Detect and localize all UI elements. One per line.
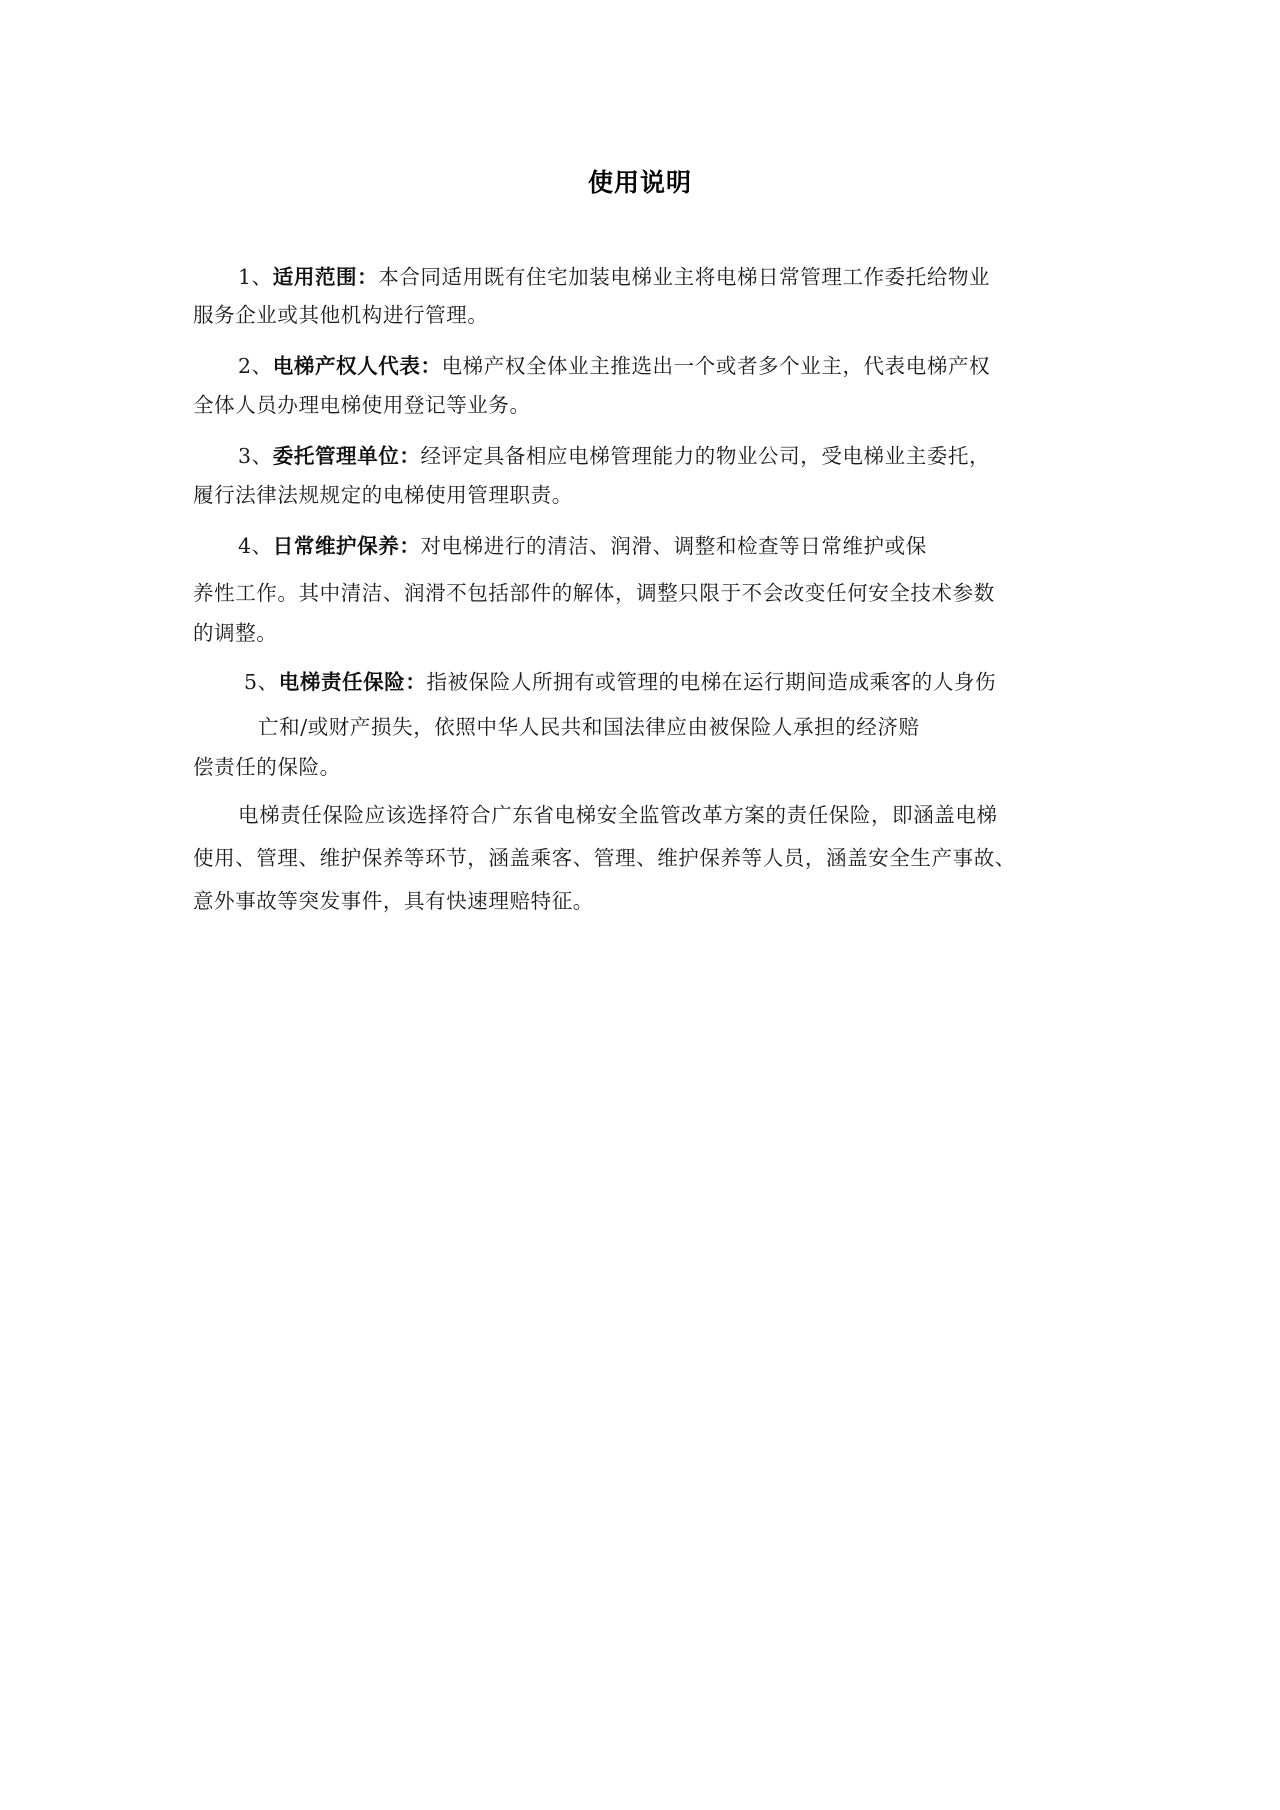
section-2-number: 2、 (238, 354, 273, 378)
section-5-text: 指被保险人所拥有或管理的电梯在运行期间造成乘客的人身伤 (426, 670, 996, 694)
section-2-line-2: 全体人员办理电梯使用登记等业务。 (193, 390, 531, 420)
section-4-line-2: 养性工作。其中清洁、润滑不包括部件的解体，调整只限于不会改变任何安全技术参数 (193, 578, 995, 608)
section-2-line-1: 2、电梯产权人代表：电梯产权全体业主推选出一个或者多个业主，代表电梯产权 (238, 351, 990, 381)
document-page: 使用说明 1、适用范围：本合同适用既有住宅加装电梯业主将电梯日常管理工作委托给物… (0, 0, 1280, 1810)
section-4-number: 4、 (238, 534, 273, 558)
section-1-number: 1、 (238, 265, 273, 289)
section-3-text: 经评定具备相应电梯管理能力的物业公司，受电梯业主委托， (420, 444, 990, 468)
section-1-line-1: 1、适用范围：本合同适用既有住宅加装电梯业主将电梯日常管理工作委托给物业 (238, 262, 990, 292)
closing-line-2: 使用、管理、维护保养等环节，涵盖乘客、管理、维护保养等人员，涵盖安全生产事故、 (193, 843, 1016, 873)
section-1-heading: 适用范围： (273, 265, 379, 289)
section-3-line-2: 履行法律法规规定的电梯使用管理职责。 (193, 480, 573, 510)
section-3-line-1: 3、委托管理单位：经评定具备相应电梯管理能力的物业公司，受电梯业主委托， (238, 441, 990, 471)
closing-line-3: 意外事故等突发事件，具有快速理赔特征。 (193, 886, 594, 916)
section-1-text: 本合同适用既有住宅加装电梯业主将电梯日常管理工作委托给物业 (378, 265, 990, 289)
section-4-line-3: 的调整。 (193, 618, 277, 648)
section-2-text: 电梯产权全体业主推选出一个或者多个业主，代表电梯产权 (442, 354, 991, 378)
section-5-line-3: 偿责任的保险。 (193, 752, 341, 782)
section-5-number: 5、 (244, 670, 279, 694)
section-4-line-1: 4、日常维护保养：对电梯进行的清洁、润滑、调整和检查等日常维护或保 (238, 531, 927, 561)
section-3-heading: 委托管理单位： (273, 444, 421, 468)
section-5-line-1: 5、电梯责任保险：指被保险人所拥有或管理的电梯在运行期间造成乘客的人身伤 (244, 667, 996, 697)
section-1-line-2: 服务企业或其他机构进行管理。 (193, 300, 488, 330)
section-5-heading: 电梯责任保险： (279, 670, 427, 694)
section-2-heading: 电梯产权人代表： (273, 354, 442, 378)
page-title: 使用说明 (0, 163, 1280, 199)
section-4-text: 对电梯进行的清洁、润滑、调整和检查等日常维护或保 (420, 534, 926, 558)
section-5-line-2: 亡和/或财产损失，依照中华人民共和国法律应由被保险人承担的经济赔 (258, 712, 920, 742)
section-3-number: 3、 (238, 444, 273, 468)
closing-line-1: 电梯责任保险应该选择符合广东省电梯安全监管改革方案的责任保险，即涵盖电梯 (238, 800, 998, 830)
section-4-heading: 日常维护保养： (273, 534, 421, 558)
